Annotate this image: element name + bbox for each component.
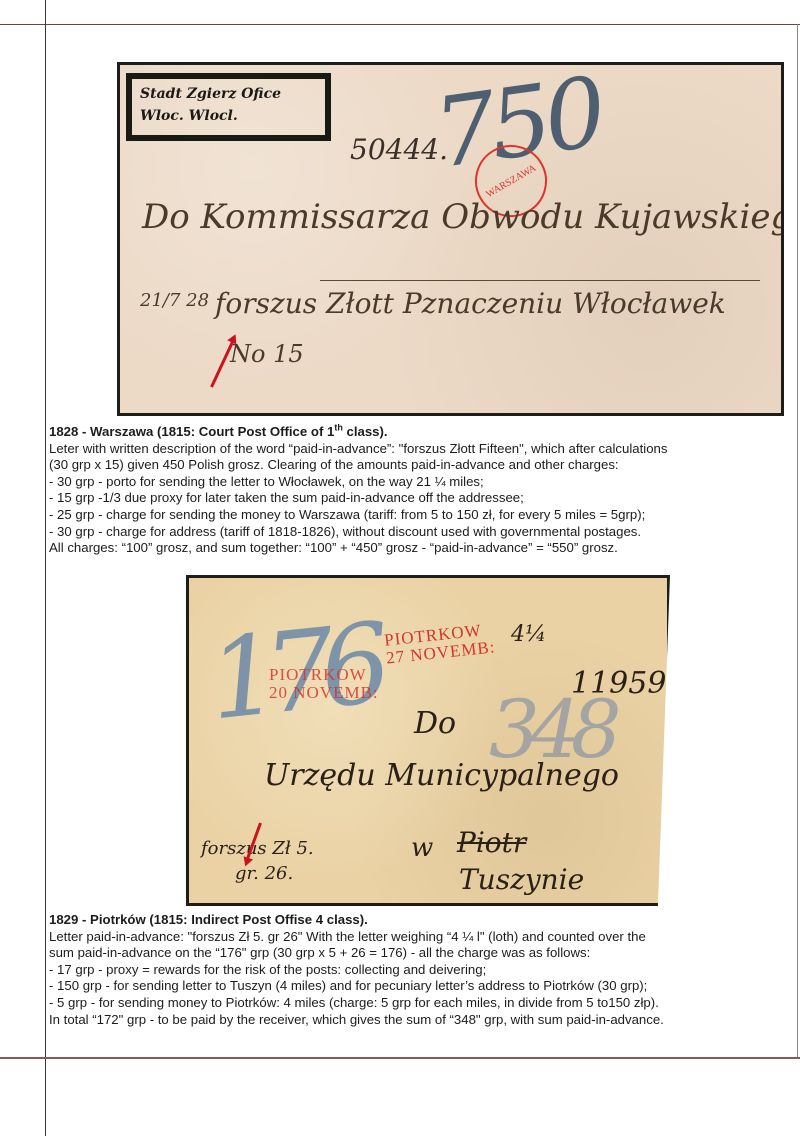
caption-line: - 30 grp - porto for sending the letter … [49, 474, 794, 491]
caption-1828: 1828 - Warszawa (1815: Court Post Office… [49, 424, 794, 557]
letter-1829-piotrkow-image: 176 348 PIOTRKOW 20 NOVEMB: PIOTRKOW 27 … [186, 575, 670, 906]
underline-stroke [320, 280, 760, 281]
caption-line: - 15 grp -1/3 due proxy for later taken … [49, 490, 794, 507]
caption-1829: 1829 - Piotrków (1815: Indirect Post Off… [49, 912, 794, 1028]
forszus-note: forszus Złott Pznaczeniu Włocławek [215, 287, 726, 320]
piotrkow-postmark-27-nov: PIOTRKOW 27 NOVEMB: [383, 620, 496, 667]
address-line: Do Kommissarza Obwodu Kujawskiego [142, 197, 784, 237]
weight-mark: 4¼ [511, 622, 546, 647]
box-stamp-line-2: Wloc. Wlocl. [140, 105, 317, 127]
letter-1828-warszawa-image: Stadt Zgierz Ofice Wloc. Wlocl. 50444. 7… [117, 62, 784, 416]
caption-line: (30 grp x 15) given 450 Polish grosz. Cl… [49, 457, 794, 474]
address-line: Urzędu Municypalnego [264, 758, 619, 793]
registry-number: 50444. [350, 133, 448, 166]
bottom-rule [0, 1057, 800, 1059]
caption-line: Letter paid-in-advance: "forszus Zł 5. g… [49, 929, 794, 946]
caption-title: 1829 - Piotrków (1815: Indirect Post Off… [49, 912, 794, 929]
box-stamp-line-1: Stadt Zgierz Ofice [140, 83, 317, 105]
piotrkow-postmark-20-nov: PIOTRKOW 20 NOVEMB: [269, 666, 379, 702]
address-do: Do [414, 706, 456, 741]
top-rule [0, 24, 800, 25]
boxed-origin-stamp: Stadt Zgierz Ofice Wloc. Wlocl. [126, 73, 331, 141]
left-margin-rule [45, 0, 46, 1136]
forszus-note-line-1: forszus Zł 5. [201, 838, 314, 859]
number-mark: No 15 [230, 340, 304, 368]
date-mark: 21/7 28 [140, 290, 209, 311]
caption-line: - 30 grp - charge for address (tariff of… [49, 524, 794, 541]
caption-line: - 25 grp - charge for sending the money … [49, 507, 794, 524]
destination-city: Tuszynie [459, 863, 584, 896]
caption-line: - 5 grp - for sending money to Piotrków:… [49, 995, 794, 1012]
caption-line: - 150 grp - for sending letter to Tuszyn… [49, 978, 794, 995]
registry-number: 11959. [571, 666, 670, 701]
caption-line: sum paid-in-advance on the “176" grp (30… [49, 945, 794, 962]
w-label: w [411, 833, 433, 863]
caption-title: 1828 - Warszawa (1815: Court Post Office… [49, 424, 794, 441]
caption-line: Leter with written description of the wo… [49, 441, 794, 458]
caption-line: All charges: “100” grosz, and sum togeth… [49, 540, 794, 557]
caption-line: - 17 grp - proxy = rewards for the risk … [49, 962, 794, 979]
right-border-rule [797, 24, 798, 1058]
struck-city: Piotr [457, 826, 526, 859]
caption-line: In total “172" grp - to be paid by the r… [49, 1012, 794, 1029]
